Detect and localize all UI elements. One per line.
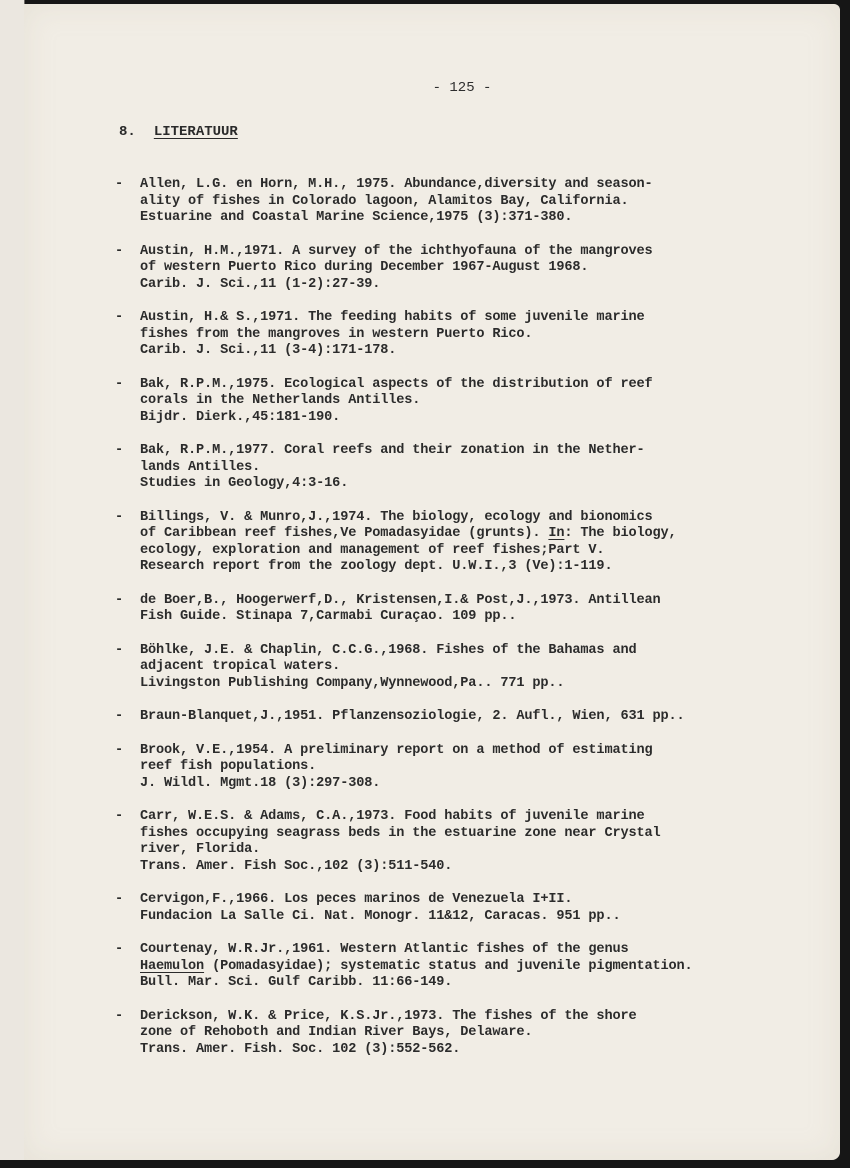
reference-line: Research report from the zoology dept. U… xyxy=(140,559,815,576)
reference-line: lands Antilles. xyxy=(140,460,815,477)
reference-line: Courtenay, W.R.Jr.,1961. Western Atlanti… xyxy=(140,942,815,959)
list-bullet-dash: - xyxy=(115,177,123,194)
list-bullet-dash: - xyxy=(115,377,123,394)
reference-entry: -Bak, R.P.M.,1977. Coral reefs and their… xyxy=(115,443,815,493)
reference-line: Fundacion La Salle Ci. Nat. Monogr. 11&1… xyxy=(140,909,815,926)
reference-line: J. Wildl. Mgmt.18 (3):297-308. xyxy=(140,776,815,793)
section-title: LITERATUUR xyxy=(154,124,238,140)
page-number: - 125 - xyxy=(24,80,840,96)
reference-line: Trans. Amer. Fish. Soc. 102 (3):552-562. xyxy=(140,1042,815,1059)
reference-entry: -Allen, L.G. en Horn, M.H., 1975. Abunda… xyxy=(115,177,815,227)
reference-entry: -Billings, V. & Munro,J.,1974. The biolo… xyxy=(115,510,815,576)
reference-line: Braun-Blanquet,J.,1951. Pflanzensoziolog… xyxy=(140,709,815,726)
facing-page-edge xyxy=(0,0,25,1160)
reference-line: Trans. Amer. Fish Soc.,102 (3):511-540. xyxy=(140,859,815,876)
reference-entry: -de Boer,B., Hoogerwerf,D., Kristensen,I… xyxy=(115,593,815,626)
reference-entry: -Courtenay, W.R.Jr.,1961. Western Atlant… xyxy=(115,942,815,992)
reference-entry: -Derickson, W.K. & Price, K.S.Jr.,1973. … xyxy=(115,1009,815,1059)
reference-line: Böhlke, J.E. & Chaplin, C.C.G.,1968. Fis… xyxy=(140,643,815,660)
reference-entry: -Austin, H.& S.,1971. The feeding habits… xyxy=(115,310,815,360)
reference-line: zone of Rehoboth and Indian River Bays, … xyxy=(140,1025,815,1042)
reference-line: de Boer,B., Hoogerwerf,D., Kristensen,I.… xyxy=(140,593,815,610)
reference-line: of western Puerto Rico during December 1… xyxy=(140,260,815,277)
reference-line: Carib. J. Sci.,11 (1-2):27-39. xyxy=(140,277,815,294)
reference-line: fishes from the mangroves in western Pue… xyxy=(140,327,815,344)
list-bullet-dash: - xyxy=(115,244,123,261)
reference-entry: -Bak, R.P.M.,1975. Ecological aspects of… xyxy=(115,377,815,427)
reference-entry: -Braun-Blanquet,J.,1951. Pflanzensoziolo… xyxy=(115,709,815,726)
reference-line: corals in the Netherlands Antilles. xyxy=(140,393,815,410)
reference-line: Carr, W.E.S. & Adams, C.A.,1973. Food ha… xyxy=(140,809,815,826)
reference-line: of Caribbean reef fishes,Ve Pomadasyidae… xyxy=(140,526,815,543)
reference-entry: -Brook, V.E.,1954. A preliminary report … xyxy=(115,743,815,793)
reference-line: ality of fishes in Colorado lagoon, Alam… xyxy=(140,194,815,211)
reference-line: Bak, R.P.M.,1975. Ecological aspects of … xyxy=(140,377,815,394)
reference-line: Estuarine and Coastal Marine Science,197… xyxy=(140,210,815,227)
reference-line: Carib. J. Sci.,11 (3-4):171-178. xyxy=(140,343,815,360)
list-bullet-dash: - xyxy=(115,743,123,760)
list-bullet-dash: - xyxy=(115,709,123,726)
reference-entry: -Austin, H.M.,1971. A survey of the icht… xyxy=(115,244,815,294)
reference-line: Studies in Geology,4:3-16. xyxy=(140,476,815,493)
reference-line: adjacent tropical waters. xyxy=(140,659,815,676)
reference-line: ecology, exploration and management of r… xyxy=(140,543,815,560)
list-bullet-dash: - xyxy=(115,510,123,527)
list-bullet-dash: - xyxy=(115,942,123,959)
reference-line: Livingston Publishing Company,Wynnewood,… xyxy=(140,676,815,693)
reference-line: Cervigon,F.,1966. Los peces marinos de V… xyxy=(140,892,815,909)
reference-entry: -Carr, W.E.S. & Adams, C.A.,1973. Food h… xyxy=(115,809,815,875)
section-heading: 8.LITERATUUR xyxy=(119,124,238,140)
list-bullet-dash: - xyxy=(115,643,123,660)
reference-line: Haemulon (Pomadasyidae); systematic stat… xyxy=(140,959,815,976)
reference-line: Billings, V. & Munro,J.,1974. The biolog… xyxy=(140,510,815,527)
reference-line: Brook, V.E.,1954. A preliminary report o… xyxy=(140,743,815,760)
reference-line: Austin, H.M.,1971. A survey of the ichth… xyxy=(140,244,815,261)
list-bullet-dash: - xyxy=(115,443,123,460)
reference-line: Fish Guide. Stinapa 7,Carmabi Curaçao. 1… xyxy=(140,609,815,626)
underlined-term: Haemulon xyxy=(140,959,204,974)
reference-entry: -Cervigon,F.,1966. Los peces marinos de … xyxy=(115,892,815,925)
list-bullet-dash: - xyxy=(115,809,123,826)
reference-entry: -Böhlke, J.E. & Chaplin, C.C.G.,1968. Fi… xyxy=(115,643,815,693)
reference-line: Bull. Mar. Sci. Gulf Caribb. 11:66-149. xyxy=(140,975,815,992)
reference-line: Austin, H.& S.,1971. The feeding habits … xyxy=(140,310,815,327)
reference-line: Bak, R.P.M.,1977. Coral reefs and their … xyxy=(140,443,815,460)
reference-line: Derickson, W.K. & Price, K.S.Jr.,1973. T… xyxy=(140,1009,815,1026)
reference-line: river, Florida. xyxy=(140,842,815,859)
underlined-term: In xyxy=(548,526,564,541)
reference-line: Bijdr. Dierk.,45:181-190. xyxy=(140,410,815,427)
list-bullet-dash: - xyxy=(115,892,123,909)
list-bullet-dash: - xyxy=(115,1009,123,1026)
reference-list: -Allen, L.G. en Horn, M.H., 1975. Abunda… xyxy=(115,177,815,1058)
reference-line: fishes occupying seagrass beds in the es… xyxy=(140,826,815,843)
list-bullet-dash: - xyxy=(115,593,123,610)
reference-line: reef fish populations. xyxy=(140,759,815,776)
document-page: - 125 - 8.LITERATUUR -Allen, L.G. en Hor… xyxy=(24,4,840,1160)
reference-line: Allen, L.G. en Horn, M.H., 1975. Abundan… xyxy=(140,177,815,194)
list-bullet-dash: - xyxy=(115,310,123,327)
section-number: 8. xyxy=(119,124,136,140)
